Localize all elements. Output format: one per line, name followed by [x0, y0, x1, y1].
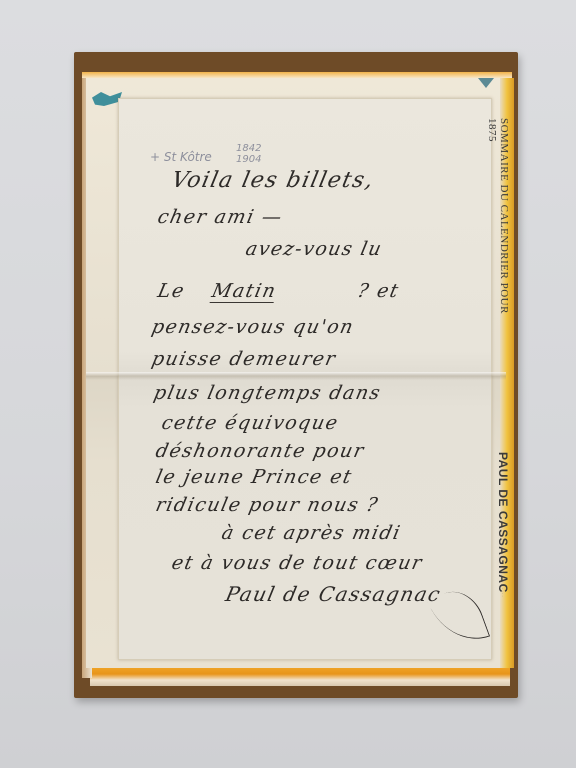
letter-fold [86, 372, 506, 380]
letter-line-4: Le [156, 280, 188, 302]
letter-line-7: plus longtemps dans [152, 382, 384, 404]
spine-label-calendar: SOMMAIRE DU CALENDRIER POUR 1875 [490, 118, 510, 318]
letter-signature: Paul de Cassagnac [223, 582, 443, 606]
pencil-annotation: + St Kôtre [150, 150, 212, 164]
pencil-date-death: 1904 [236, 154, 261, 165]
letter-line-13: et à vous de tout cœur [170, 552, 425, 574]
pencil-date-birth: 1842 [236, 143, 261, 154]
letter-line-1: Voila les billets, [169, 168, 376, 193]
spine-small-print: · · · · [493, 588, 505, 628]
pencil-dates: 1842 1904 [236, 143, 261, 165]
letter-line-11: ridicule pour nous ? [154, 494, 381, 516]
letter-line-12: à cet après midi [220, 522, 404, 544]
letter-line-10: le jeune Prince et [154, 466, 355, 488]
letter-line-8: cette équivoque [160, 412, 341, 434]
letter-newspaper-title: Matin [210, 280, 279, 303]
letter-line-9: déshonorante pour [154, 440, 367, 462]
letter-line-4b: ? et [356, 280, 402, 302]
letter-line-2: cher ami — [156, 206, 285, 228]
letter-line-6: puisse demeurer [150, 348, 339, 370]
letter-line-5: pensez-vous qu'on [150, 316, 357, 338]
letter-line-3: avez-vous lu [244, 238, 385, 260]
